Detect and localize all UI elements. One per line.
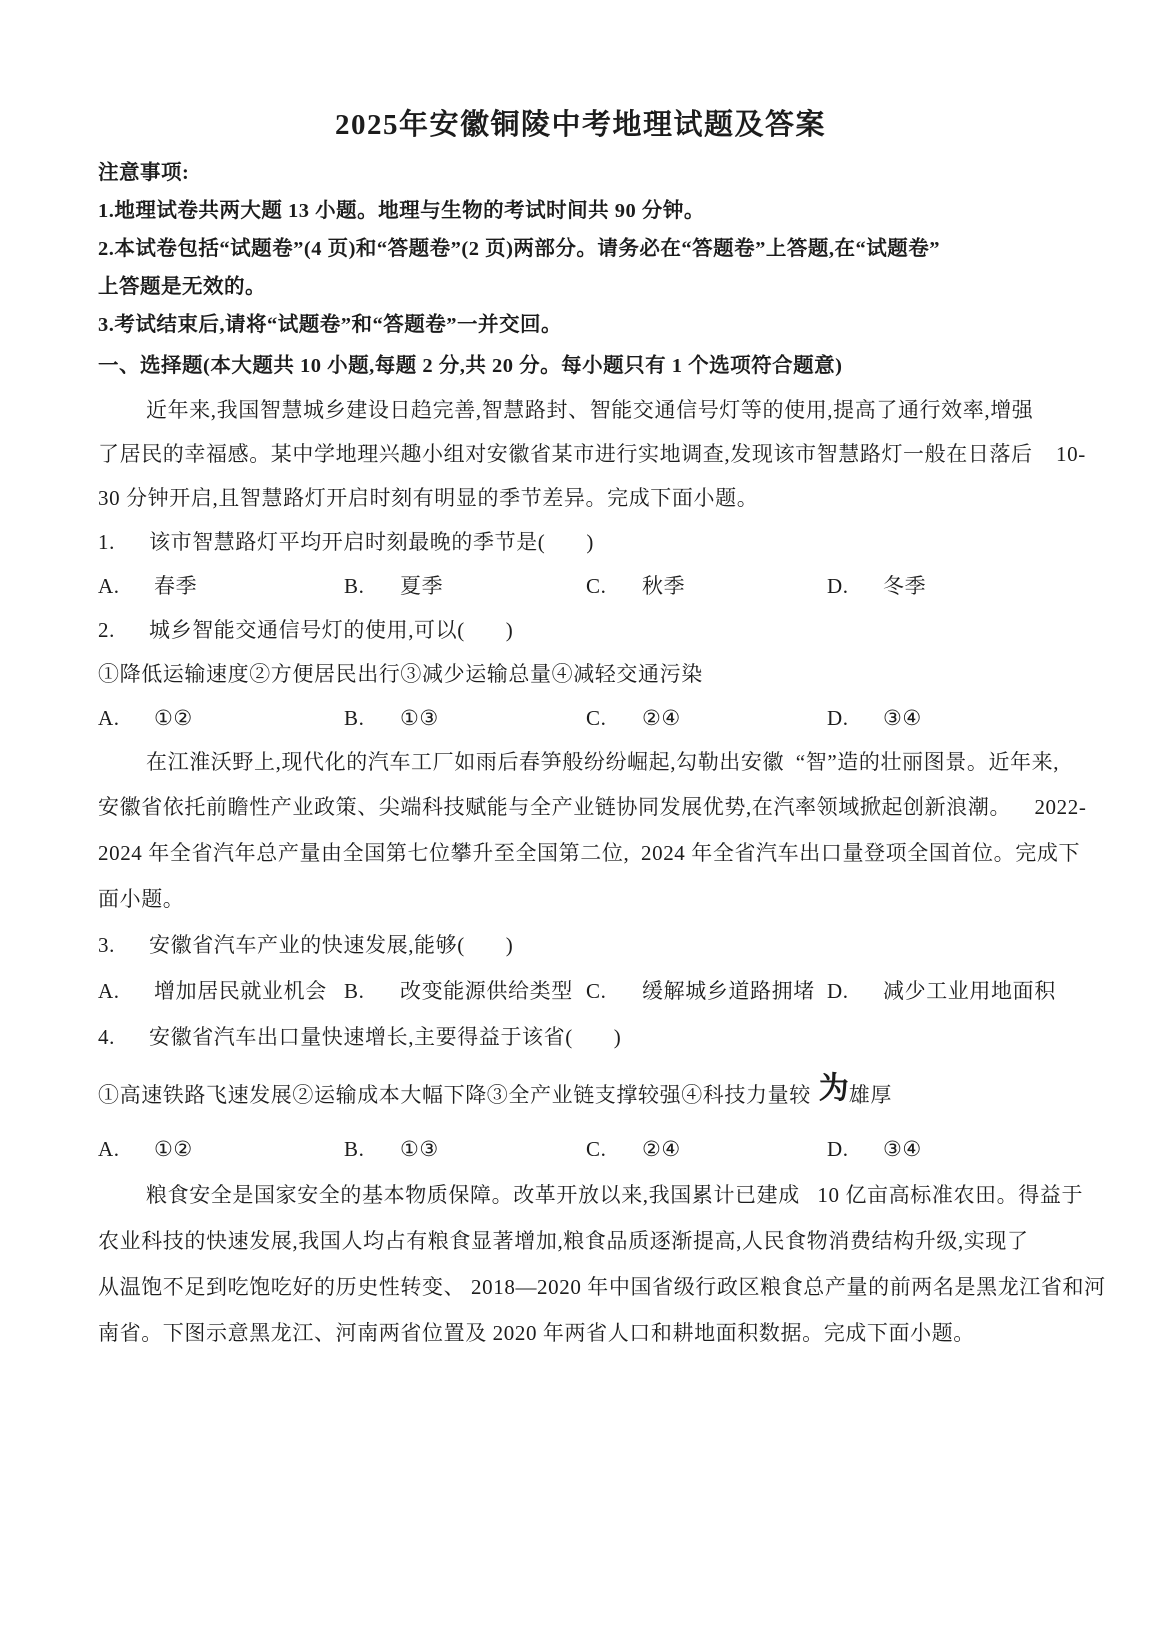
passage-3-line-2: 农业科技的快速发展,我国人均占有粮食显著增加,粮食品质逐渐提高,人民食物消费结构… — [98, 1218, 1063, 1264]
question-3-option-d: D.减少工业用地面积 — [827, 968, 1063, 1014]
option-text: 缓解城乡道路拥堵 — [642, 979, 815, 1003]
question-3-option-c: C.缓解城乡道路拥堵 — [586, 968, 827, 1014]
question-1-stem: 1.该市智慧路灯平均开启时刻最晚的季节是( ) — [98, 520, 1063, 564]
question-2-option-b: B.①③ — [344, 696, 586, 740]
option-letter: D. — [827, 564, 883, 608]
question-4-numbered-items: ①高速铁路飞速发展②运输成本大幅下降③全产业链支撑较强④科技力量较为雄厚 — [98, 1068, 1063, 1120]
passage-1-line-3: 30 分钟开启,且智慧路灯开启时刻有明显的季节差异。完成下面小题。 — [98, 476, 1063, 520]
notice-line-2-cont: 上答题是无效的。 — [98, 268, 1063, 306]
option-text: 冬季 — [883, 574, 926, 598]
question-4-text: 安徽省汽车出口量快速增长,主要得益于该省( ) — [149, 1025, 621, 1049]
option-text: 减少工业用地面积 — [883, 979, 1056, 1003]
option-letter: A. — [98, 696, 154, 740]
notices-header: 注意事项: — [98, 154, 1063, 192]
option-text: ②④ — [642, 1137, 681, 1161]
page-title: 2025年安徽铜陵中考地理试题及答案 — [98, 104, 1063, 146]
question-3-option-b: B.改变能源供给类型 — [344, 968, 586, 1014]
section-1-heading: 一、选择题(本大题共 10 小题,每题 2 分,共 20 分。每小题只有 1 个… — [98, 344, 1063, 388]
question-3-options: A.增加居民就业机会 B.改变能源供给类型 C.缓解城乡道路拥堵 D.减少工业用… — [98, 968, 1063, 1014]
passage-2-line-2: 安徽省依托前瞻性产业政策、尖端科技赋能与全产业链协同发展优势,在汽率领域掀起创新… — [98, 784, 1063, 830]
option-text: ①③ — [400, 1137, 439, 1161]
passage-2-line-3: 2024 年全省汽年总产量由全国第七位攀升至全国第二位, 2024 年全省汽车出… — [98, 830, 1063, 876]
question-4-options: A.①② B.①③ C.②④ D.③④ — [98, 1126, 1063, 1172]
option-text: ①③ — [400, 706, 439, 730]
passage-3-line-3: 从温饱不足到吃饱吃好的历史性转变、 2018—2020 年中国省级行政区粮食总产… — [98, 1264, 1063, 1310]
option-text: 春季 — [154, 574, 197, 598]
question-2-options: A.①② B.①③ C.②④ D.③④ — [98, 696, 1063, 740]
question-1-text: 该市智慧路灯平均开启时刻最晚的季节是( ) — [149, 530, 594, 554]
question-2-text: 城乡智能交通信号灯的使用,可以( ) — [149, 618, 513, 642]
question-1-option-a: A.春季 — [98, 564, 344, 608]
option-text: ②④ — [642, 706, 681, 730]
option-letter: C. — [586, 564, 642, 608]
question-4-option-c: C.②④ — [586, 1126, 827, 1172]
question-2-option-a: A.①② — [98, 696, 344, 740]
option-letter: C. — [586, 696, 642, 740]
question-2-stem: 2.城乡智能交通信号灯的使用,可以( ) — [98, 608, 1063, 652]
question-4-option-d: D.③④ — [827, 1126, 1063, 1172]
question-2-option-c: C.②④ — [586, 696, 827, 740]
option-letter: A. — [98, 1126, 154, 1172]
option-letter: D. — [827, 968, 883, 1014]
option-letter: C. — [586, 968, 642, 1014]
option-letter: D. — [827, 1126, 883, 1172]
question-1-option-d: D.冬季 — [827, 564, 1063, 608]
notice-line-1: 1.地理试卷共两大题 13 小题。地理与生物的考试时间共 90 分钟。 — [98, 192, 1063, 230]
question-4-number: 4. — [98, 1014, 149, 1060]
question-3-option-a: A.增加居民就业机会 — [98, 968, 344, 1014]
emphasized-character: 为 — [819, 1072, 849, 1105]
option-letter: A. — [98, 968, 154, 1014]
option-letter: B. — [344, 564, 400, 608]
question-1-options: A.春季 B.夏季 C.秋季 D.冬季 — [98, 564, 1063, 608]
question-3-text: 安徽省汽车产业的快速发展,能够( ) — [149, 933, 513, 957]
option-text: ①② — [154, 706, 193, 730]
option-letter: D. — [827, 696, 883, 740]
question-2-number: 2. — [98, 608, 149, 652]
passage-2-line-4: 面小题。 — [98, 876, 1063, 922]
items-text: ①高速铁路飞速发展②运输成本大幅下降③全产业链支撑较强④科技力量较 — [98, 1083, 811, 1107]
option-letter: B. — [344, 696, 400, 740]
question-1-option-c: C.秋季 — [586, 564, 827, 608]
passage-3-line-4: 南省。下图示意黑龙江、河南两省位置及 2020 年两省人口和耕地面积数据。完成下… — [98, 1310, 1063, 1356]
question-3-stem: 3.安徽省汽车产业的快速发展,能够( ) — [98, 922, 1063, 968]
passage-1-line-1: 近年来,我国智慧城乡建设日趋完善,智慧路封、智能交通信号灯等的使用,提高了通行效… — [98, 388, 1063, 432]
question-3-number: 3. — [98, 922, 149, 968]
notice-line-3: 3.考试结束后,请将“试题卷”和“答题卷”一并交回。 — [98, 306, 1063, 344]
option-text: 增加居民就业机会 — [154, 979, 327, 1003]
question-4-option-b: B.①③ — [344, 1126, 586, 1172]
option-letter: A. — [98, 564, 154, 608]
passage-2-line-1: 在江淮沃野上,现代化的汽车工厂如雨后春笋般纷纷崛起,勾勒出安徽 “智”造的壮丽图… — [98, 740, 1063, 784]
passage-3-line-1: 粮食安全是国家安全的基本物质保障。改革开放以来,我国累计已建成 10 亿亩高标准… — [98, 1172, 1063, 1218]
question-2-option-d: D.③④ — [827, 696, 1063, 740]
option-text: 秋季 — [642, 574, 685, 598]
option-letter: B. — [344, 1126, 400, 1172]
items-text-end: 雄厚 — [849, 1083, 892, 1107]
passage-1-line-2: 了居民的幸福感。某中学地理兴趣小组对安徽省某市进行实地调查,发现该市智慧路灯一般… — [98, 432, 1063, 476]
option-text: 夏季 — [400, 574, 443, 598]
question-1-option-b: B.夏季 — [344, 564, 586, 608]
notices-section: 注意事项: 1.地理试卷共两大题 13 小题。地理与生物的考试时间共 90 分钟… — [98, 154, 1063, 344]
question-4-stem: 4.安徽省汽车出口量快速增长,主要得益于该省( ) — [98, 1014, 1063, 1060]
question-1-number: 1. — [98, 520, 149, 564]
option-letter: B. — [344, 968, 400, 1014]
option-letter: C. — [586, 1126, 642, 1172]
question-4-option-a: A.①② — [98, 1126, 344, 1172]
option-text: 改变能源供给类型 — [400, 979, 573, 1003]
option-text: ①② — [154, 1137, 193, 1161]
exam-document-page: 2025年安徽铜陵中考地理试题及答案 注意事项: 1.地理试卷共两大题 13 小… — [0, 0, 1158, 1638]
option-text: ③④ — [883, 1137, 922, 1161]
question-2-numbered-items: ①降低运输速度②方便居民出行③减少运输总量④减轻交通污染 — [98, 652, 1063, 696]
option-text: ③④ — [883, 706, 922, 730]
notice-line-2: 2.本试卷包括“试题卷”(4 页)和“答题卷”(2 页)两部分。请务必在“答题卷… — [98, 230, 1063, 268]
